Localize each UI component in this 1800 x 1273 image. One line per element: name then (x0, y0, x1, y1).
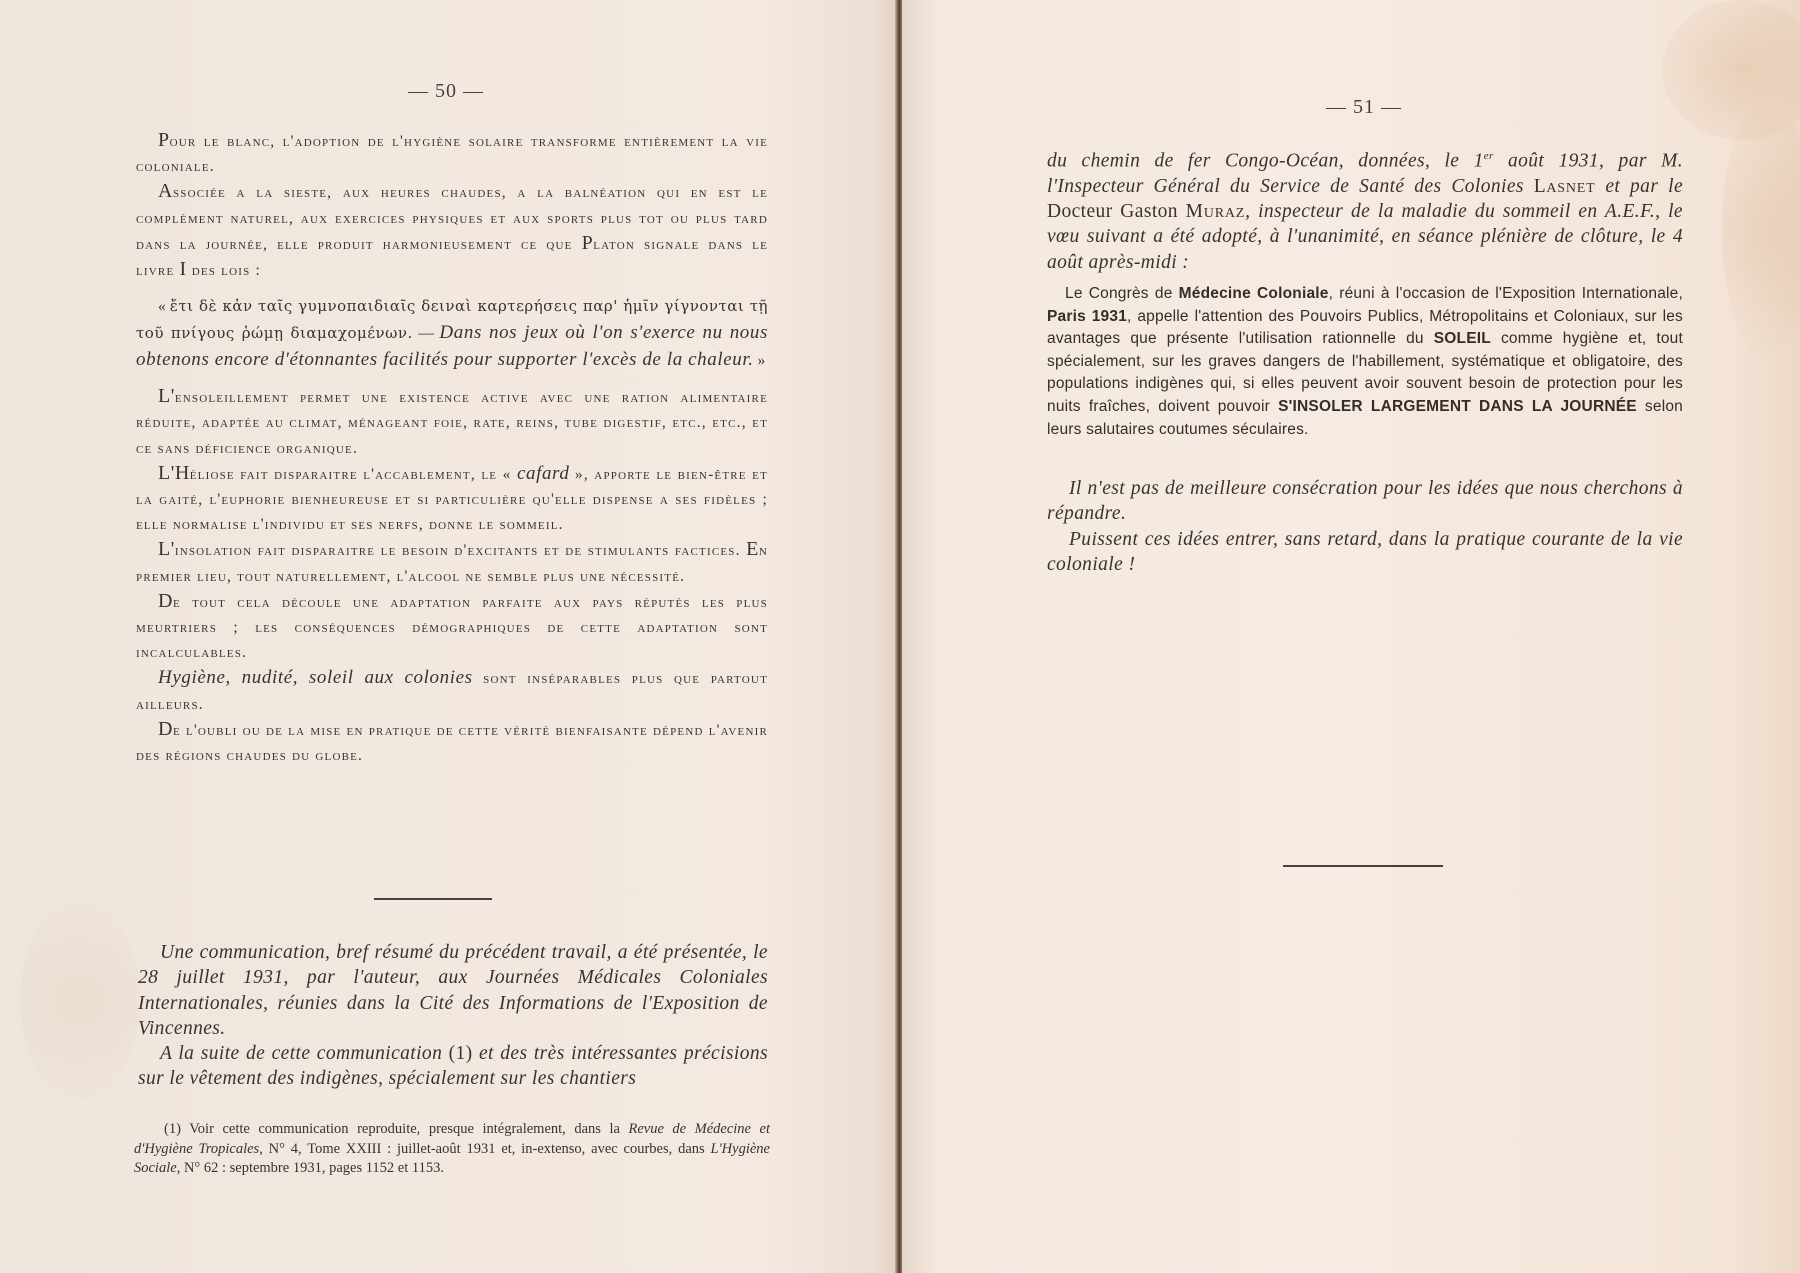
page-number: — 51 — (1326, 96, 1402, 119)
footnote-marker: (1) (164, 1121, 181, 1137)
closing-paragraph: Il n'est pas de meilleure consécration p… (1047, 476, 1683, 527)
resolution-emphasis: Paris 1931 (1047, 308, 1127, 325)
drop-letter: P (158, 129, 170, 151)
paragraph: Pour le blanc, l'adoption de l'hygiène s… (136, 128, 768, 179)
footnote-text: , N° 4, Tome XXIII : juillet-août 1931 e… (259, 1141, 710, 1157)
footnote-text: Voir cette communication reproduite, pre… (181, 1121, 629, 1137)
paragraph-text: insolation fait disparaitre le besoin d'… (175, 542, 746, 559)
paper-stain (20, 900, 140, 1100)
name-text: laton (593, 236, 635, 253)
right-page: — 51 — du chemin de fer Congo-Océan, don… (902, 0, 1800, 1273)
drop-letter: A (158, 180, 173, 202)
section-divider (374, 898, 492, 900)
paragraph: L'ensoleillement permet une existence ac… (136, 384, 768, 461)
paragraph: Hygiène, nudité, soleil aux colonies son… (136, 665, 768, 716)
italic-word: cafard (517, 463, 570, 484)
paragraph: L'Héliose fait disparaitre l'accablement… (136, 461, 768, 538)
drop-letter: L'H (158, 462, 190, 484)
section-divider (1283, 865, 1443, 867)
paragraph-text: des lois : (187, 262, 261, 279)
resolution-text: Le Congrès de (1065, 285, 1179, 302)
paragraph-text: ensoleillement permet une existence acti… (136, 389, 768, 456)
closing-paragraphs: Il n'est pas de meilleure consécration p… (1047, 476, 1683, 577)
drop-letter: L' (158, 385, 175, 407)
drop-letter: D (158, 590, 173, 612)
note-text: A la suite de cette communication (160, 1043, 449, 1064)
drop-letter: D (158, 718, 173, 740)
quote-open: « (158, 298, 170, 315)
footnote-ref: (1) (449, 1043, 473, 1064)
paragraph-text: e l'oubli ou de la mise en pratique de c… (136, 722, 768, 764)
intro-text: et par le (1596, 176, 1684, 197)
quote-close: » (754, 352, 766, 369)
intro-paragraph: du chemin de fer Congo-Océan, données, l… (1047, 144, 1683, 275)
greek-quote: « ἔτι δὲ κἀν ταῖς γυμνοπαιδιαῖς δειναὶ κ… (136, 293, 768, 374)
paragraph: L'insolation fait disparaitre le besoin … (136, 537, 768, 588)
closing-paragraph: Puissent ces idées entrer, sans retard, … (1047, 527, 1683, 578)
communication-note: Une communication, bref résumé du précéd… (138, 940, 768, 1092)
drop-letter: L' (158, 538, 175, 560)
name-initial: P (582, 232, 594, 254)
main-text: Pour le blanc, l'adoption de l'hygiène s… (136, 128, 768, 768)
person-name: Lasnet (1534, 176, 1596, 197)
footnote: (1) Voir cette communication reproduite,… (134, 1120, 770, 1179)
roman-numeral: I (179, 258, 186, 280)
intro-text: Docteur Gaston (1047, 201, 1186, 222)
congress-resolution: Le Congrès de Médecine Coloniale, réuni … (1047, 283, 1683, 441)
paper-stain (1722, 100, 1800, 360)
resolution-emphasis: Médecine Coloniale (1179, 285, 1329, 302)
paragraph: De tout cela découle une adaptation parf… (136, 589, 768, 666)
paragraph: Associée a la sieste, aux heures chaudes… (136, 179, 768, 283)
italic-phrase: Hygiène, nudité, soleil aux colonies (158, 667, 473, 688)
resolution-emphasis: S'INSOLER LARGEMENT DANS LA JOURNÉE (1278, 398, 1637, 415)
superscript: er (1484, 150, 1494, 162)
resolution-emphasis: SOLEIL (1434, 330, 1491, 347)
resolution-text: , réuni à l'occasion de l'Exposition Int… (1329, 285, 1683, 302)
paragraph-text: our le blanc, l'adoption de l'hygiène so… (136, 133, 768, 175)
left-page: — 50 — Pour le blanc, l'adoption de l'hy… (0, 0, 897, 1273)
note-paragraph: Une communication, bref résumé du précéd… (138, 940, 768, 1041)
drop-letter: E (746, 538, 759, 560)
paragraph-text: e tout cela découle une adaptation parfa… (136, 594, 768, 661)
dash: — (413, 325, 440, 342)
paragraph-text: éliose fait disparaitre l'accablement, l… (190, 466, 517, 483)
note-paragraph: A la suite de cette communication (1) et… (138, 1041, 768, 1092)
footnote-text: , N° 62 : septembre 1931, pages 1152 et … (177, 1160, 444, 1176)
intro-text: du chemin de fer Congo-Océan, données, l… (1047, 151, 1484, 172)
paper-stain (1662, 0, 1800, 140)
page-number: — 50 — (408, 80, 484, 103)
paragraph: De l'oubli ou de la mise en pratique de … (136, 717, 768, 768)
person-name: Muraz (1186, 201, 1245, 222)
